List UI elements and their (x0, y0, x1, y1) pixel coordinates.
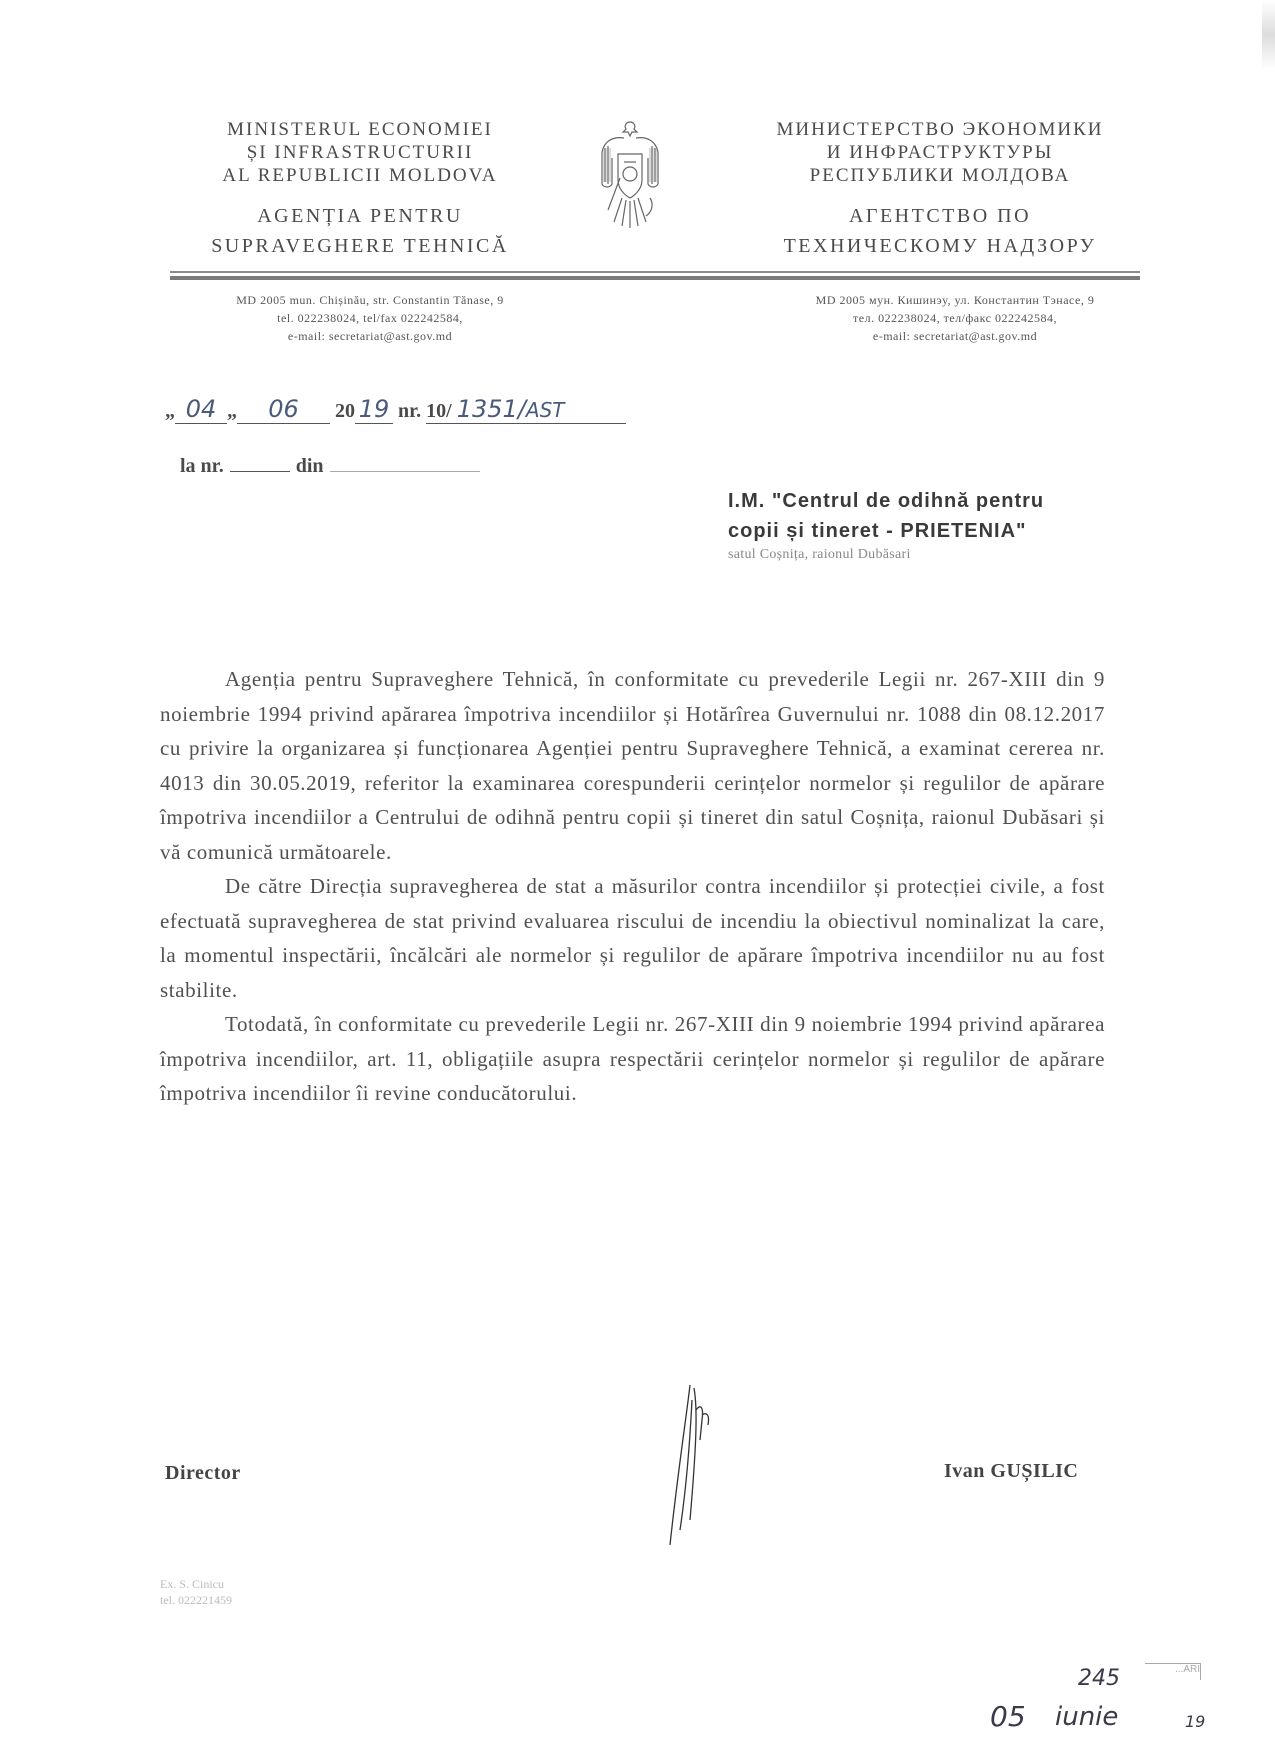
registration-month: 06 (237, 395, 330, 424)
executor-info: Ex. S. Cinicu tel. 022221459 (160, 1576, 232, 1608)
coat-of-arms-icon (590, 118, 670, 243)
reference-number-blank (230, 471, 290, 472)
body-paragraph: De către Direcția supravegherea de stat … (160, 869, 1105, 1007)
address-block-ru: MD 2005 мун. Кишинэу, ул. Константин Тэн… (765, 291, 1145, 345)
incoming-number-handwritten: 245 (1078, 1666, 1120, 1691)
registration-number: 10/ 1351/AST (426, 395, 626, 424)
ministry-name-ro: MINISTERUL ECONOMIEI ȘI INFRASTRUCTURII … (170, 118, 550, 187)
reference-line: la nr.din (180, 455, 480, 478)
registration-line: „04„06 2019 nr. 10/ 1351/AST (165, 395, 626, 424)
registration-day: 04 (175, 395, 227, 424)
handwritten-signature-icon (660, 1380, 740, 1550)
header-left-romanian: MINISTERUL ECONOMIEI ȘI INFRASTRUCTURII … (170, 118, 550, 261)
incoming-month-handwritten: iunie (1055, 1702, 1118, 1732)
incoming-year-handwritten: 19 (1185, 1712, 1205, 1731)
body-paragraph: Agenția pentru Supraveghere Tehnică, în … (160, 662, 1105, 869)
header-divider-thick (170, 276, 1140, 280)
registration-year: 19 (355, 395, 393, 424)
scan-edge-artifact (1262, 0, 1275, 70)
signatory-role: Director (165, 1462, 241, 1485)
signatory-name: Ivan GUȘILIC (944, 1460, 1078, 1483)
recipient-location: satul Coșnița, raionul Dubăsari (728, 546, 1148, 564)
ministry-name-ru: МИНИСТЕРСТВО ЭКОНОМИКИ И ИНФРАСТРУКТУРЫ … (740, 118, 1140, 187)
incoming-day-handwritten: 05 (990, 1700, 1026, 1733)
agency-name-ru: АГЕНТСТВО ПО ТЕХНИЧЕСКОМУ НАДЗОРУ (740, 201, 1140, 261)
agency-name-ro: AGENȚIA PENTRU SUPRAVEGHERE TEHNICĂ (170, 201, 550, 261)
body-paragraph: Totodată, în conformitate cu prevederile… (160, 1007, 1105, 1111)
recipient-block: I.M. "Centrul de odihnă pentru copii și … (728, 486, 1148, 564)
letter-body: Agenția pentru Supraveghere Tehnică, în … (160, 662, 1105, 1111)
incoming-stamp-box: ...ARI (1145, 1663, 1201, 1680)
header-right-russian: МИНИСТЕРСТВО ЭКОНОМИКИ И ИНФРАСТРУКТУРЫ … (740, 118, 1140, 261)
reference-date-blank (330, 471, 480, 472)
address-block-ro: MD 2005 mun. Chișinău, str. Constantin T… (180, 291, 560, 345)
header-divider-thin (170, 271, 1140, 273)
